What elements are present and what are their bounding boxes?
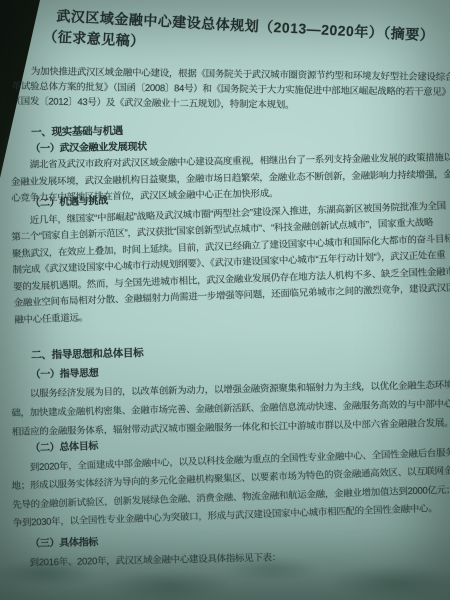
document-content: 武汉区域金融中心建设总体规划（2013—2020年）（摘要） （征求意见稿） 为…	[0, 0, 450, 600]
document-photo: 武汉区域金融中心建设总体规划（2013—2020年）（摘要） （征求意见稿） 为…	[0, 0, 450, 600]
section-2-overall-goals: （二）总体目标到2020年，全面建成中部金融中心，以及以科技金融为重点的全国性专…	[10, 424, 450, 533]
section-2-guiding-ideology: 二、指导思想和总体目标（一）指导思想以服务经济发展为目的，以改革创新为动力，以增…	[10, 337, 450, 442]
section-1-opportunities: （二）机遇与挑战近几年，继国家“中部崛起”战略及武汉城市圈“两型社会”建设深入推…	[10, 180, 450, 329]
document-title: 武汉区域金融中心建设总体规划（2013—2020年）（摘要） （征求意见稿）	[43, 5, 450, 72]
section-2-specific-indicators: （三）具体指标到2016年、2020年，武汉区域金融中心建设具体指标见下表：	[10, 526, 450, 573]
intro-paragraph: 为加快推进武汉区域金融中心建设，根据《国务院关于武汉城市圈资源节约型和环境友好型…	[11, 64, 450, 116]
